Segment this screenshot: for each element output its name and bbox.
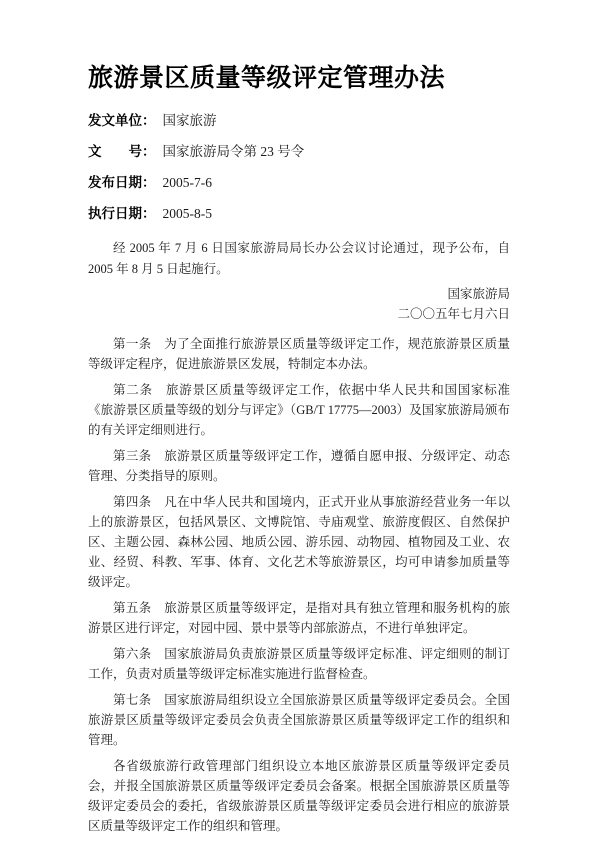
meta-section: 发文单位：国家旅游 文 号：国家旅游局令第 23 号令 发布日期：2005-7-… bbox=[88, 114, 510, 221]
meta-row-document-number: 文 号：国家旅游局令第 23 号令 bbox=[88, 145, 510, 159]
intro-paragraph: 经 2005 年 7 月 6 日国家旅游局局长办公会议讨论通过，现予公布，自 2… bbox=[88, 238, 510, 280]
meta-label-issuing-unit: 发文单位： bbox=[88, 113, 156, 128]
meta-value-publish-date: 2005-7-6 bbox=[163, 175, 213, 190]
meta-row-publish-date: 发布日期：2005-7-6 bbox=[88, 176, 510, 190]
signature-date: 二〇〇五年七月六日 bbox=[88, 304, 510, 324]
signature-issuer: 国家旅游局 bbox=[88, 284, 510, 304]
meta-row-effective-date: 执行日期：2005-8-5 bbox=[88, 207, 510, 221]
meta-label-document-number: 文 号： bbox=[88, 144, 156, 159]
meta-value-document-number: 国家旅游局令第 23 号令 bbox=[163, 144, 305, 159]
article-7-paragraph: 第七条 国家旅游局组织设立全国旅游景区质量等级评定委员会。全国旅游景区质量等级评… bbox=[88, 690, 510, 750]
article-6-paragraph: 第六条 国家旅游局负责旅游景区质量等级评定标准、评定细则的制订工作，负责对质量等… bbox=[88, 644, 510, 684]
meta-label-publish-date: 发布日期： bbox=[88, 175, 156, 190]
article-3-paragraph: 第三条 旅游景区质量等级评定工作，遵循自愿申报、分级评定、动态管理、分类指导的原… bbox=[88, 446, 510, 486]
article-1-paragraph: 第一条 为了全面推行旅游景区质量等级评定工作，规范旅游景区质量等级评定程序，促进… bbox=[88, 334, 510, 374]
document-page: 旅游景区质量等级评定管理办法 发文单位：国家旅游 文 号：国家旅游局令第 23 … bbox=[0, 0, 595, 842]
signature-block: 国家旅游局 二〇〇五年七月六日 bbox=[88, 284, 510, 324]
article-5-paragraph: 第五条 旅游景区质量等级评定，是指对具有独立管理和服务机构的旅游景区进行评定，对… bbox=[88, 598, 510, 638]
article-4-paragraph: 第四条 凡在中华人民共和国境内，正式开业从事旅游经营业务一年以上的旅游景区，包括… bbox=[88, 492, 510, 592]
article-7-continuation-paragraph: 各省级旅游行政管理部门组织设立本地区旅游景区质量等级评定委员会，并报全国旅游景区… bbox=[88, 756, 510, 836]
document-body: 第一条 为了全面推行旅游景区质量等级评定工作，规范旅游景区质量等级评定程序，促进… bbox=[88, 334, 510, 836]
meta-value-effective-date: 2005-8-5 bbox=[163, 206, 213, 221]
meta-row-issuing-unit: 发文单位：国家旅游 bbox=[88, 114, 510, 128]
article-2-paragraph: 第二条 旅游景区质量等级评定工作，依据中华人民共和国国家标准《旅游景区质量等级的… bbox=[88, 380, 510, 440]
meta-value-issuing-unit: 国家旅游 bbox=[163, 113, 217, 128]
document-title: 旅游景区质量等级评定管理办法 bbox=[88, 64, 510, 94]
meta-label-effective-date: 执行日期： bbox=[88, 206, 156, 221]
